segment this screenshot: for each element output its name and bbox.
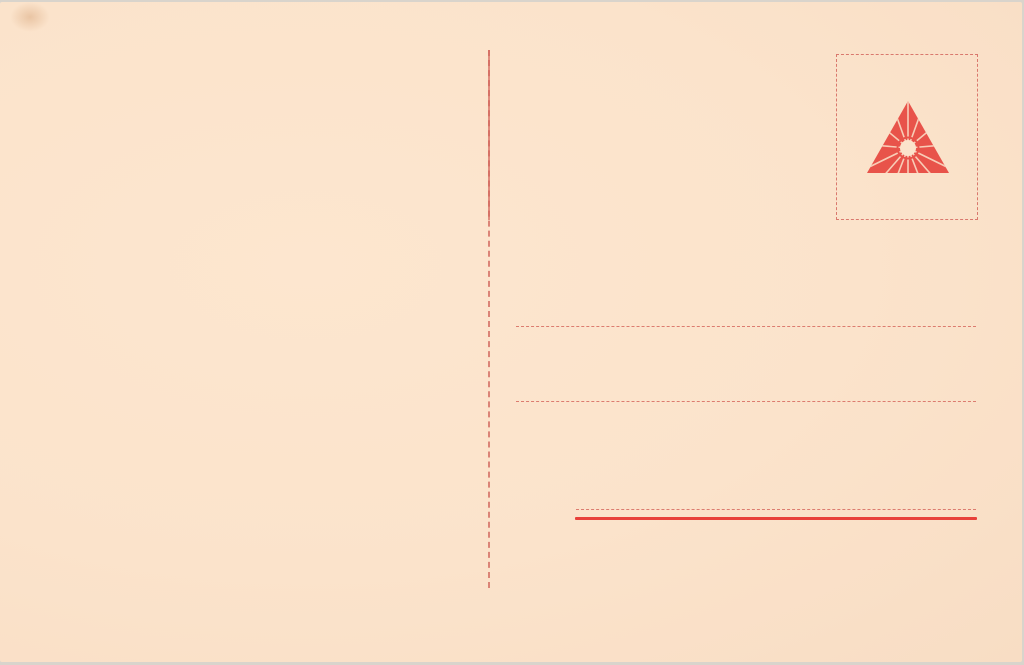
address-line-2 xyxy=(516,401,976,402)
address-line-solid xyxy=(575,517,977,520)
postcard-back: back xyxy=(0,2,1022,662)
age-stain xyxy=(10,2,50,32)
center-divider-upper xyxy=(488,50,490,220)
address-line-3 xyxy=(576,509,976,510)
postcard-side: back xyxy=(0,2,1,3)
triangle-sun-logo-icon xyxy=(865,99,951,175)
address-line-1 xyxy=(516,326,976,327)
